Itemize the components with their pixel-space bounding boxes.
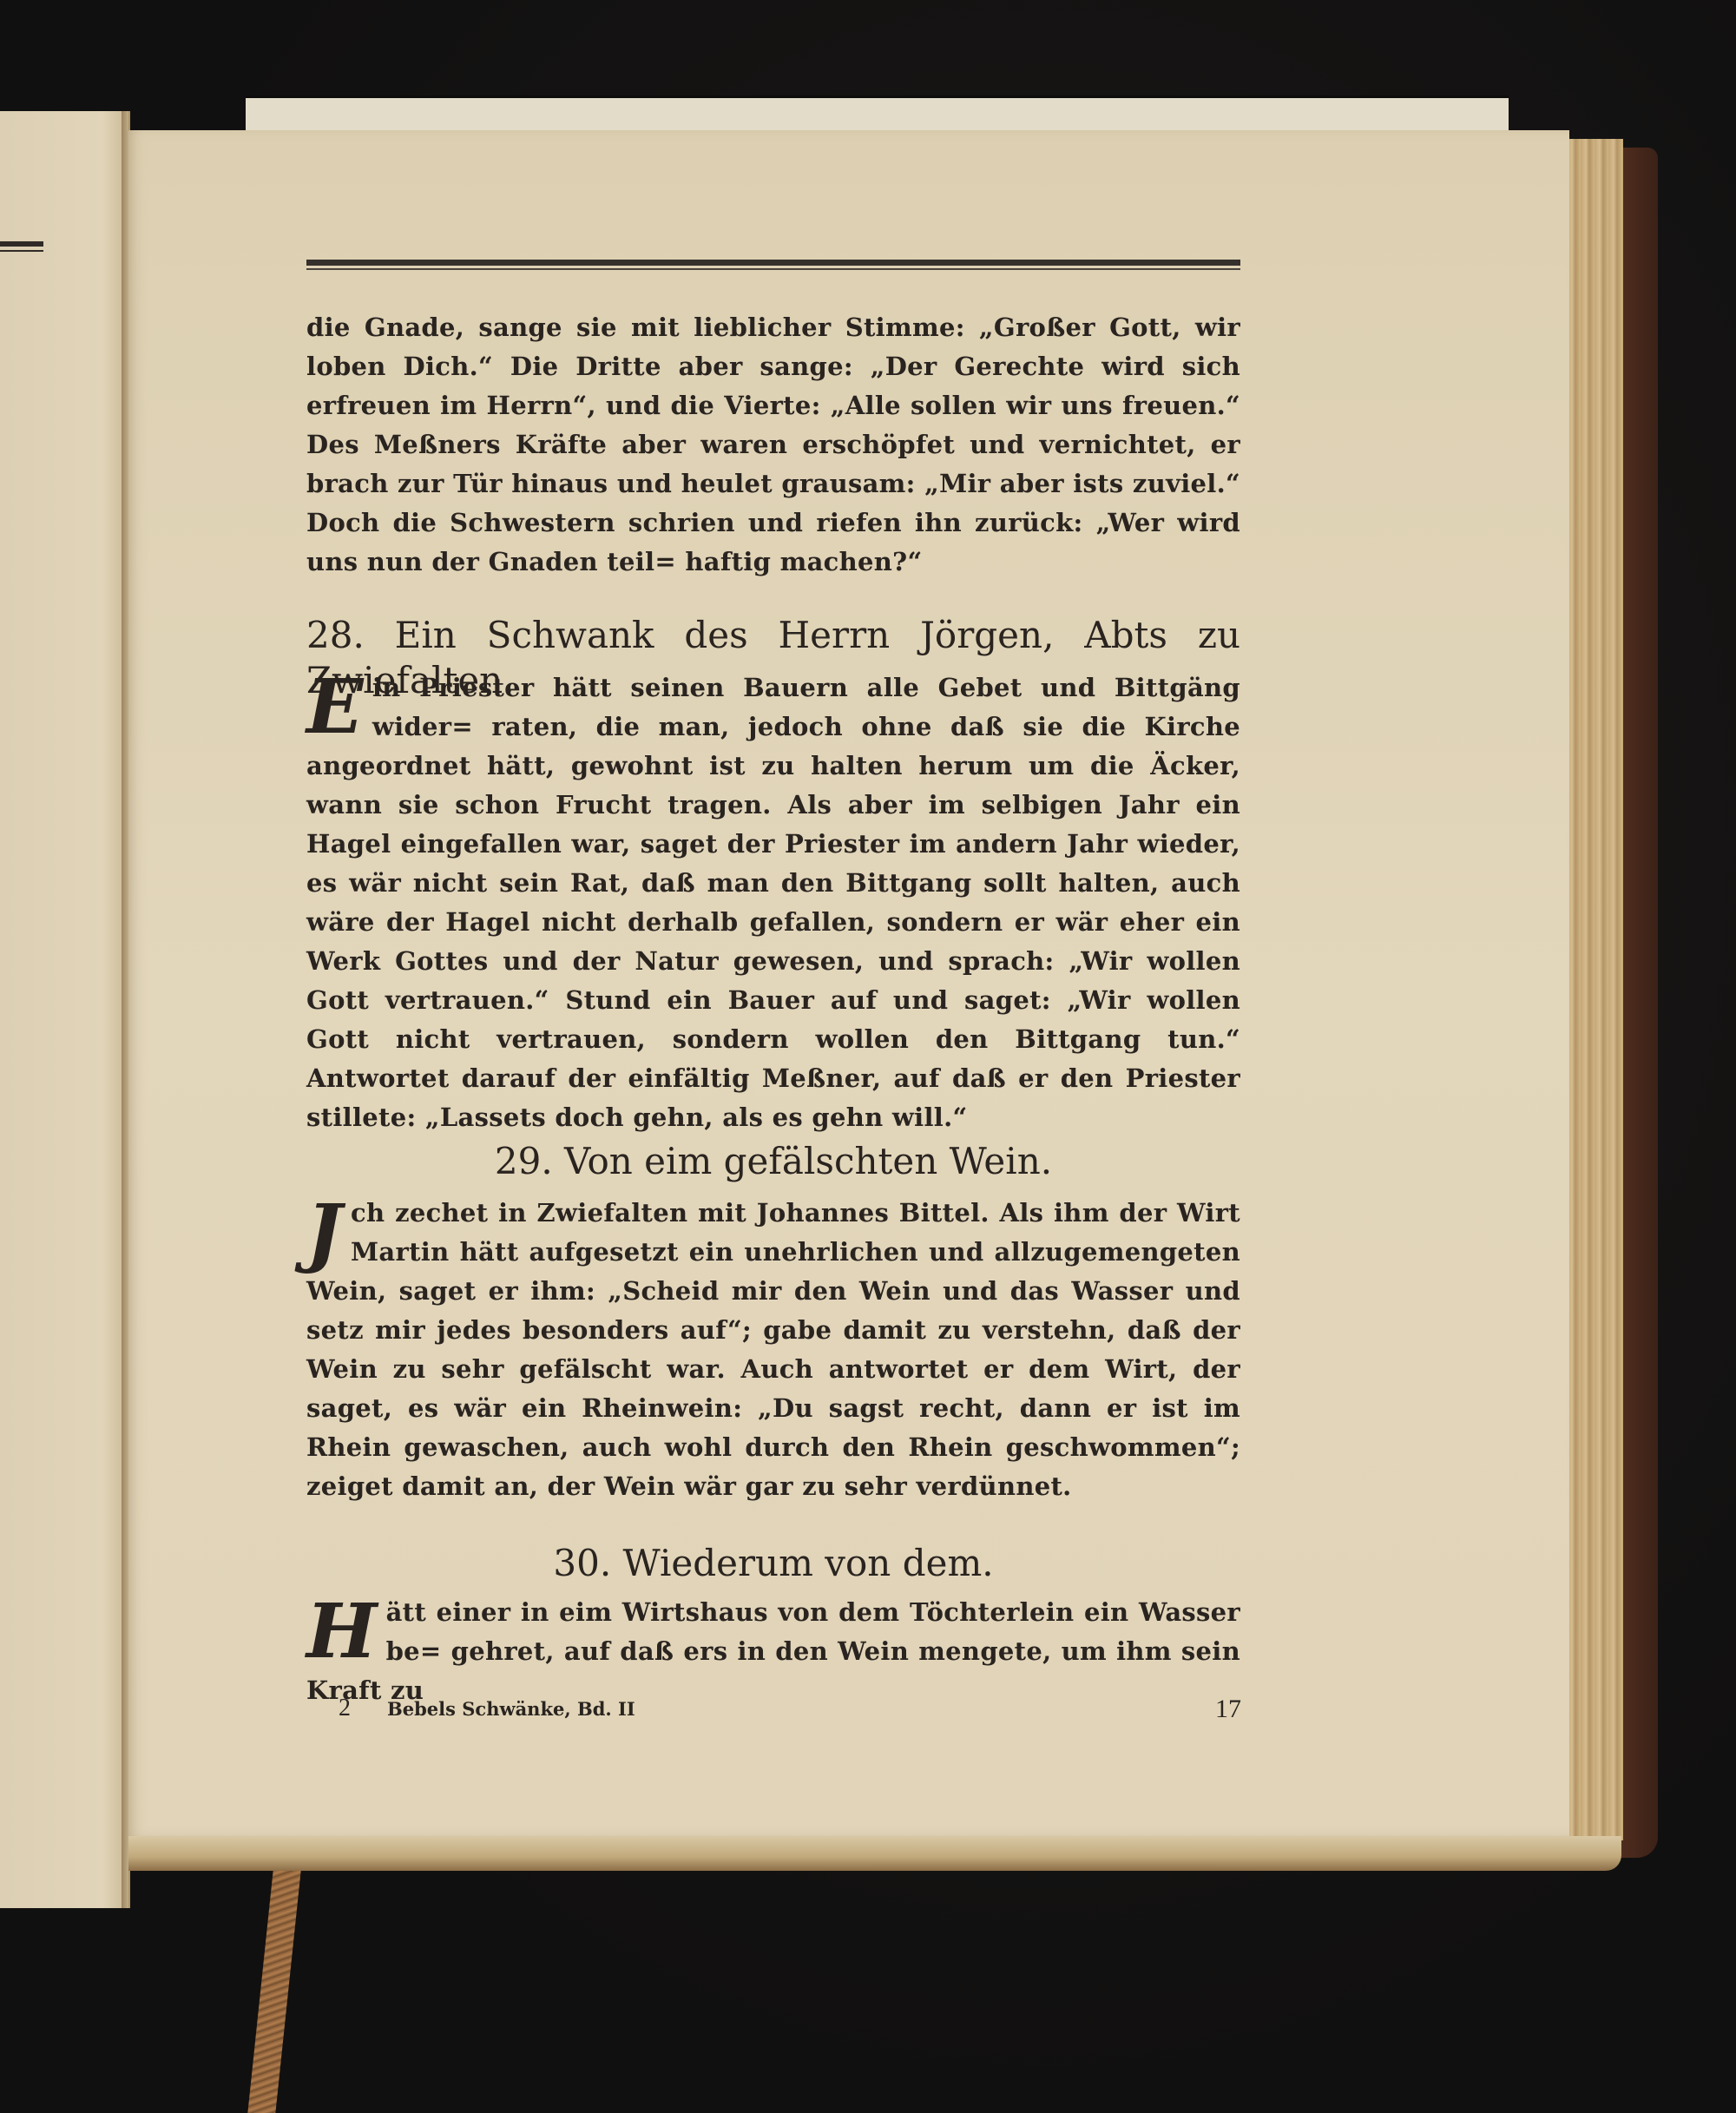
page-bottom-edges: [128, 1836, 1621, 1871]
header-rule: [306, 260, 1240, 266]
intro-paragraph: die Gnade, sange sie mit lieblicher Stim…: [306, 308, 1240, 582]
section-body-30: Hätt einer in eim Wirtshaus von dem Töch…: [306, 1593, 1240, 1710]
section-text: in Priester hätt seinen Bauern alle Gebe…: [306, 673, 1240, 1132]
page-number: 17: [1215, 1695, 1241, 1724]
signature-mark: 2: [339, 1695, 351, 1722]
page-edges: [1567, 139, 1623, 1840]
section-body-28: Ein Priester hätt seinen Bauern alle Geb…: [306, 668, 1240, 1137]
left-page: [0, 111, 130, 1908]
section-heading-30: 30. Wiederum von dem.: [306, 1541, 1240, 1586]
drop-cap: E: [306, 674, 364, 741]
drop-cap: J: [306, 1199, 342, 1267]
section-body-29: Jch zechet in Zwiefalten mit Johannes Bi…: [306, 1194, 1240, 1506]
section-text: ätt einer in eim Wirtshaus von dem Töcht…: [306, 1597, 1240, 1705]
left-header-rule-thin: [0, 250, 43, 252]
section-text: ch zechet in Zwiefalten mit Johannes Bit…: [306, 1198, 1240, 1501]
section-heading-29: 29. Von eim gefälschten Wein.: [306, 1139, 1240, 1184]
left-header-rule: [0, 241, 43, 247]
running-title: Bebels Schwänke, Bd. II: [387, 1698, 635, 1720]
drop-cap: H: [306, 1598, 378, 1666]
header-rule-thin: [306, 268, 1240, 270]
